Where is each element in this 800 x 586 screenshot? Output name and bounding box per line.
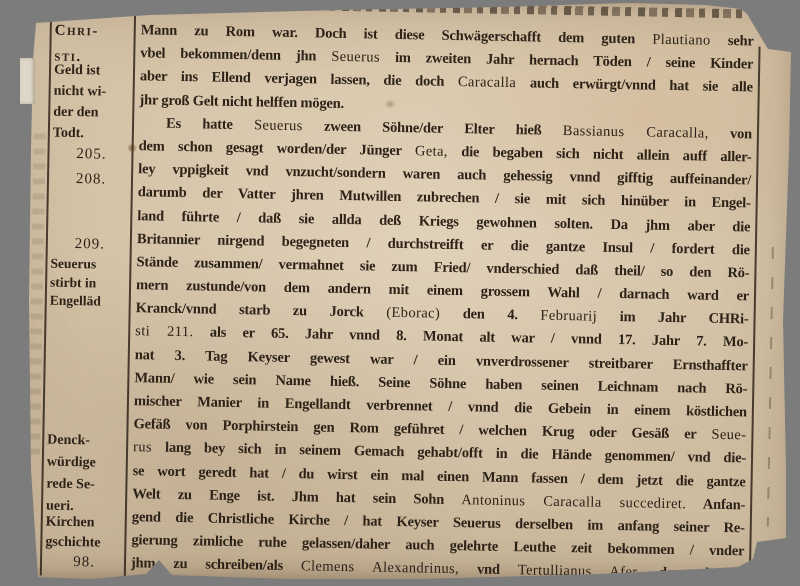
margin-note-line: würdige (47, 452, 125, 475)
fraktur-text-segment: die begaben sich nicht allein auff aller… (448, 144, 752, 166)
antiqua-text-segment: Plautiano (652, 32, 711, 49)
torn-text-line-fragment (305, 1, 747, 18)
antiqua-text-segment: (Eborac) (386, 305, 440, 322)
margin-note-line: der den (53, 102, 131, 124)
fraktur-text-segment: vbel bekommen/denn jhn (140, 45, 331, 64)
fraktur-text-segment: im Jahr CHRi- (597, 309, 749, 328)
column-rule-right-faint (767, 247, 774, 527)
margin-note-205: 205. (52, 144, 130, 165)
antiqua-text-segment: Februarij (540, 308, 597, 325)
paper-smudge (383, 100, 397, 108)
antiqua-text-segment: Tertullianus Afer, (518, 563, 641, 581)
fraktur-text-segment: den 4. (440, 306, 540, 324)
margin-note-line: Engelläd (50, 292, 128, 312)
fraktur-text-segment: Kranck/vnnd starb zu Jorck (136, 300, 387, 321)
fraktur-text-segment: Welt zu Enge ist. Jhm hat sein Sohn (132, 486, 461, 508)
fraktur-text-segment: aber ins Ellend verjagen lassen, die doc… (140, 69, 458, 91)
ink-stain (127, 143, 137, 153)
margin-note-line: Chri- (55, 18, 133, 45)
fraktur-text-segment: dern herrli- (641, 565, 744, 583)
margin-note-line: 209. (51, 234, 129, 255)
antiqua-text-segment: sti 211. (135, 324, 194, 341)
margin-note-line: stirbt in (50, 273, 128, 293)
fraktur-text-segment: auch erwürgt/vnnd hat sie alle (516, 75, 753, 95)
fraktur-text-segment: vnd (459, 561, 518, 578)
fraktur-text-segment: von (709, 125, 753, 142)
fraktur-text-segment: Es hatte (166, 115, 254, 133)
fraktur-text-segment: im zweiten Jahr hernach Töden / seine Ki… (380, 50, 754, 73)
fraktur-text-segment: jhr groß Gelt nicht helffen mögen. (139, 92, 344, 112)
fraktur-text-segment: zween Söhne/der Elter hieß (303, 118, 563, 139)
margin-note-line: rede Se- (46, 474, 124, 497)
margin-note-line: nicht wi- (53, 81, 131, 103)
margin-note-line: Denck- (47, 430, 125, 453)
margin-note-line: Geld ist (54, 60, 132, 82)
margin-note-line: 98. (45, 552, 123, 573)
paper-scan: Chri-sti.Geld istnicht wi-der denTodt.20… (0, 0, 800, 586)
margin-note-line: gschichte (45, 533, 123, 554)
margin-note-line: Todt. (53, 123, 131, 145)
antiqua-text-segment: Bassianus Caracalla, (563, 123, 709, 142)
margin-note-208: 208. (52, 169, 130, 190)
antiqua-text-segment: Caracalla (458, 74, 517, 91)
margin-note-line: 208. (52, 169, 130, 190)
antiqua-text-segment: Seuerus (331, 49, 380, 66)
antiqua-text-segment: Clemens Alexandrinus, (301, 559, 460, 578)
fraktur-text-segment: sehr (710, 33, 753, 50)
fraktur-text-segment: jhm zu schreiben/als (131, 555, 301, 574)
printed-content: Chri-sti.Geld istnicht wi-der denTodt.20… (0, 0, 800, 586)
antiqua-text-segment: Seuerus (254, 117, 303, 134)
antiqua-text-segment: rus (133, 440, 152, 456)
margin-note-denck: Denck-würdigerede Se-ueri. (46, 430, 126, 519)
fraktur-text-segment: Anfan- (686, 496, 745, 513)
margin-note-209: 209. (51, 234, 129, 255)
antiqua-text-segment: Geta, (415, 143, 448, 160)
margin-note-line: Seuerus (50, 255, 128, 275)
margin-note-line: 205. (52, 144, 130, 165)
margin-note-geld: Geld istnicht wi-der denTodt. (53, 60, 133, 145)
margin-note-98: 98. (45, 552, 123, 573)
antiqua-text-segment: Seue- (711, 427, 746, 444)
fraktur-text-segment: dem schon gesagt worden/der Jünger (139, 138, 416, 159)
margin-note-seuerus: Seuerusstirbt inEngelläd (50, 255, 129, 312)
main-text-column: Mann zu Rom war. Doch ist diese Schwäger… (131, 19, 754, 586)
torn-edge-patch (20, 58, 35, 104)
margin-note-kirchen: Kirchengschichte (45, 513, 124, 554)
antiqua-text-segment: Antoninus Caracalla succediret. (461, 492, 686, 512)
margin-note-line: Kirchen (46, 513, 124, 534)
